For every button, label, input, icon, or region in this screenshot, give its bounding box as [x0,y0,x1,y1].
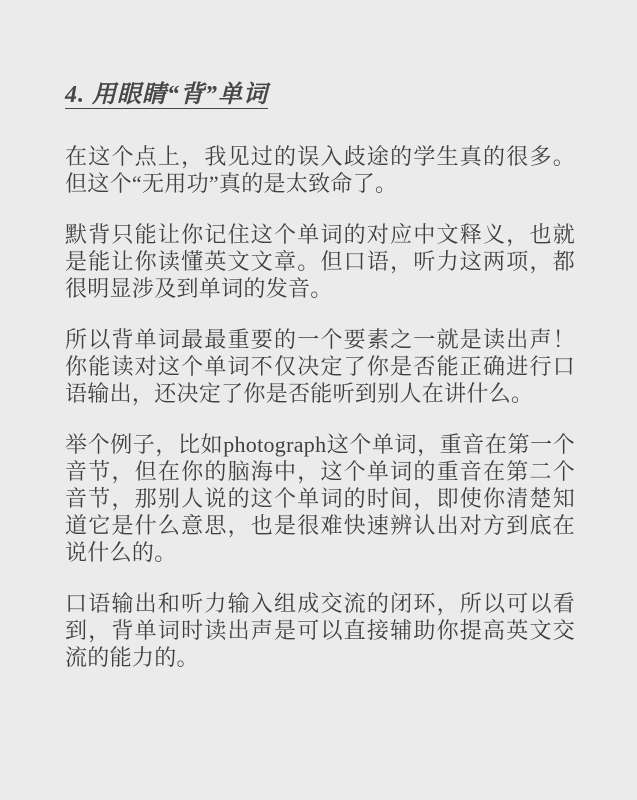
article-page: 4. 用眼睛“背”单词 在这个点上，我见过的误入歧途的学生真的很多。但这个“无用… [0,0,637,800]
paragraph-2: 默背只能让你记住这个单词的对应中文释义，也就是能让你读懂英文文章。但口语，听力这… [65,221,575,302]
paragraph-3: 所以背单词最最重要的一个要素之一就是读出声！你能读对这个单词不仅决定了你是否能正… [65,326,575,407]
paragraph-5: 口语输出和听力输入组成交流的闭环，所以可以看到，背单词时读出声是可以直接辅助你提… [65,590,575,671]
paragraph-1: 在这个点上，我见过的误入歧途的学生真的很多。但这个“无用功”真的是太致命了。 [65,143,575,197]
section-heading: 4. 用眼睛“背”单词 [65,74,575,109]
paragraph-4: 举个例子，比如photograph这个单词，重音在第一个音节，但在你的脑海中，这… [65,431,575,566]
